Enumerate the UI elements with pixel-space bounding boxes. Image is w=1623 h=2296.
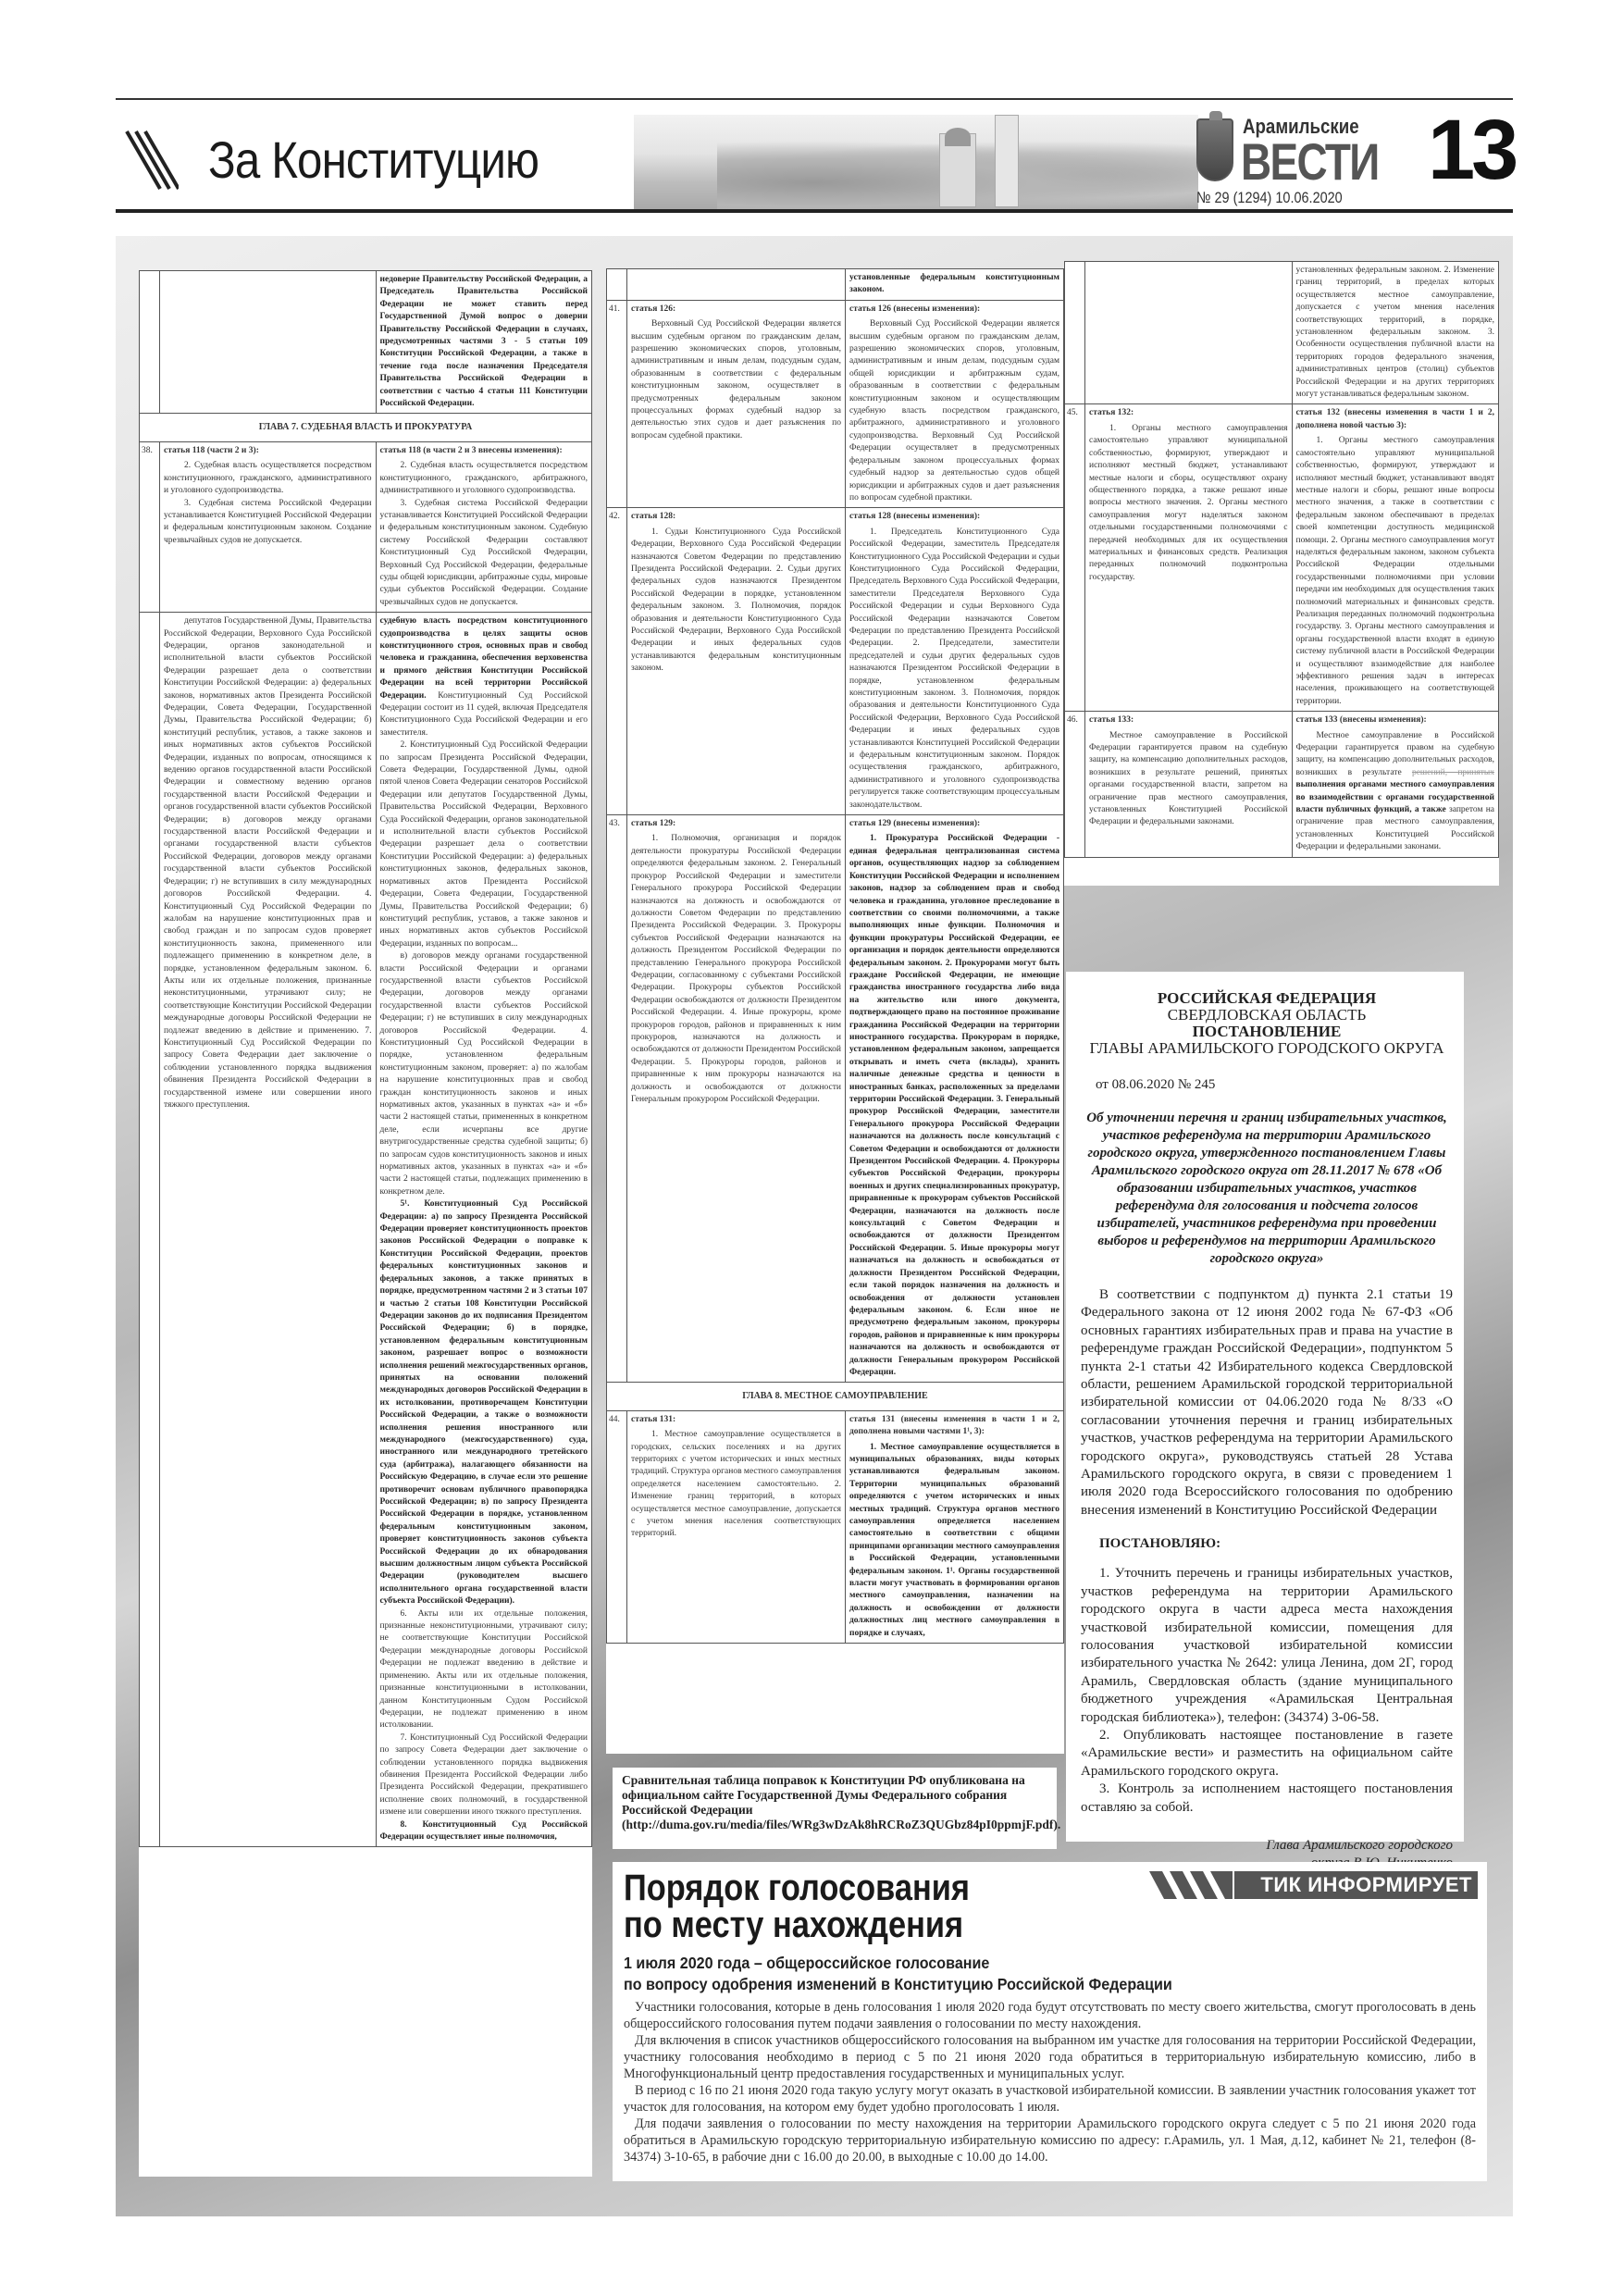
issue-number-date: № 29 (1294) 10.06.2020 [1196,189,1343,207]
new-text-cell: статья 128 (внесены изменения): 1. Предс… [846,508,1064,815]
chapter-heading: ГЛАВА 7. СУДЕБНАЯ ВЛАСТЬ И ПРОКУРАТУРА [140,414,592,441]
row-number: 41. [607,300,627,508]
decree-subject: Об уточнении перечня и границ избиратель… [1081,1110,1453,1268]
decree-heading-type: ПОСТАНОВЛЕНИЕ [1081,1024,1453,1040]
paper-name: ВЕСТИ [1241,131,1379,192]
comparison-table: установленные федеральным конституционны… [606,268,1064,1644]
new-text-cell: статья 126 (внесены изменения): Верховны… [846,300,1064,508]
chapter-row: ГЛАВА 8. МЕСТНОЕ САМОУПРАВЛЕНИЕ [607,1383,1064,1410]
decree-preamble: В соответствии с подпунктом д) пункта 2.… [1081,1286,1453,1520]
header-bottom-rule [116,209,1513,213]
comparison-table-notice: Сравнительная таблица поправок к Констит… [613,1768,1057,1849]
tik-body: Участники голосования, которые в день го… [624,1999,1476,2166]
row-number: 42. [607,508,627,815]
table-row: 38. статья 118 (части 2 и 3): 2. Судебна… [140,441,592,612]
new-text-cell: статья 118 (в части 2 и 3 внесены измене… [376,441,592,612]
badge-stripes-icon [1149,1871,1233,1899]
struck-text: решений, принятых [1412,768,1494,777]
table-row: 43. статья 129: 1. Полномочия, организац… [607,815,1064,1383]
decree-item: 2. Опубликовать настоящее постановление … [1081,1727,1453,1781]
old-text-cell: статья 118 (части 2 и 3): 2. Судебная вл… [160,441,377,612]
row-number: 38. [140,441,160,612]
tik-announcement: Порядок голосования по месту нахождения … [613,1862,1487,2181]
article-heading: статья 118 (в части 2 и 3 внесены измене… [380,445,588,457]
new-text-cell: недоверие Правительству Российской Федер… [376,271,592,414]
old-text-cell: статья 133: Местное самоуправление в Рос… [1085,712,1293,857]
row-number: 44. [607,1410,627,1643]
photo-bell-tower [995,115,1019,207]
comparison-table-column-2: установленные федеральным конституционны… [606,268,1064,1754]
section-title: За Конституцию [208,130,539,190]
table-row: 45. статья 132: 1. Органы местного самоу… [1065,404,1499,712]
tik-paragraph: Для подачи заявления о голосовании по ме… [624,2116,1476,2166]
section-slashes-icon [123,128,179,192]
badge-label: ТИК ИНФОРМИРУЕТ [1234,1871,1478,1899]
tik-paragraph: Участники голосования, которые в день го… [624,1999,1476,2032]
old-text-cell: депутатов Государственной Думы, Правител… [160,613,377,1847]
new-text-cell: статья 133 (внесены изменения): Местное … [1292,712,1499,857]
table-row: установленных федеральным законом. 2. Из… [1065,262,1499,404]
new-text-cell: статья 129 (внесены изменения): 1. Проку… [846,815,1064,1383]
row-number: 46. [1065,712,1085,857]
table-row: 44. статья 131: 1. Местное самоуправлени… [607,1410,1064,1643]
decree-item: 3. Контроль за исполнением настоящего по… [1081,1781,1453,1817]
decree-resolve: ПОСТАНОВЛЯЮ: [1099,1536,1453,1552]
tik-title-line2: по месту нахождения [624,1906,1357,1943]
decree-date: от 08.06.2020 № 245 [1096,1077,1453,1093]
table-row: 46. статья 133: Местное самоуправление в… [1065,712,1499,857]
old-text-cell: статья 132: 1. Органы местного самоуправ… [1085,404,1293,712]
coat-of-arms-icon [1196,118,1233,181]
decree-heading-region: СВЕРДЛОВСКАЯ ОБЛАСТЬ [1081,1007,1453,1024]
comparison-table-column-3: установленных федеральным законом. 2. Из… [1064,261,1499,886]
comparison-table: установленных федеральным законом. 2. Из… [1064,261,1499,858]
chapter-heading: ГЛАВА 8. МЕСТНОЕ САМОУПРАВЛЕНИЕ [607,1383,1064,1410]
header-photo-church [634,115,1198,211]
tik-paragraph: Для включения в список участников общеро… [624,2032,1476,2082]
old-text-cell: статья 131: 1. Местное самоуправление ос… [627,1410,846,1643]
new-text-cell: статья 132 (внесены изменения в части 1 … [1292,404,1499,712]
chapter-row: ГЛАВА 7. СУДЕБНАЯ ВЛАСТЬ И ПРОКУРАТУРА [140,414,592,441]
page-header: За Конституцию Арамильские ВЕСТИ № 29 (1… [116,104,1513,207]
new-text-cell: судебную власть посредством конституцион… [376,613,592,1847]
table-row: установленные федеральным конституционны… [607,269,1064,301]
comparison-table: недоверие Правительству Российской Федер… [139,270,592,1847]
table-row: депутатов Государственной Думы, Правител… [140,613,592,1847]
decree-heading-federation: РОССИЙСКАЯ ФЕДЕРАЦИЯ [1081,990,1453,1007]
comparison-table-column-1: недоверие Правительству Российской Федер… [139,270,592,2177]
tik-subtitle: 1 июля 2020 года – общероссийское голосо… [624,1953,1407,1995]
decree-article: РОССИЙСКАЯ ФЕДЕРАЦИЯ СВЕРДЛОВСКАЯ ОБЛАСТ… [1066,972,1464,1842]
decree-item: 1. Уточнить перечень и границы избирател… [1081,1565,1453,1727]
old-text-cell: статья 126: Верховный Суд Российской Фед… [627,300,846,508]
new-text-cell: статья 131 (внесены изменения в части 1 … [846,1410,1064,1643]
table-row: 41. статья 126: Верховный Суд Российской… [607,300,1064,508]
page-number: 13 [1428,107,1515,192]
photo-dome [945,128,971,146]
top-rule [116,98,1513,100]
table-row: 42. статья 128: 1. Судьи Конституционног… [607,508,1064,815]
article-heading: статья 118 (части 2 и 3): [164,445,372,457]
row-number: 43. [607,815,627,1383]
tik-badge: ТИК ИНФОРМИРУЕТ [1149,1871,1478,1899]
old-text-cell: статья 128: 1. Судьи Конституционного Су… [627,508,846,815]
table-row: недоверие Правительству Российской Федер… [140,271,592,414]
decree-heading-authority: ГЛАВЫ АРАМИЛЬСКОГО ГОРОДСКОГО ОКРУГА [1081,1040,1453,1057]
old-text-cell: статья 129: 1. Полномочия, организация и… [627,815,846,1383]
tik-paragraph: В период с 16 по 21 июня 2020 года такую… [624,2082,1476,2116]
row-number: 45. [1065,404,1085,712]
